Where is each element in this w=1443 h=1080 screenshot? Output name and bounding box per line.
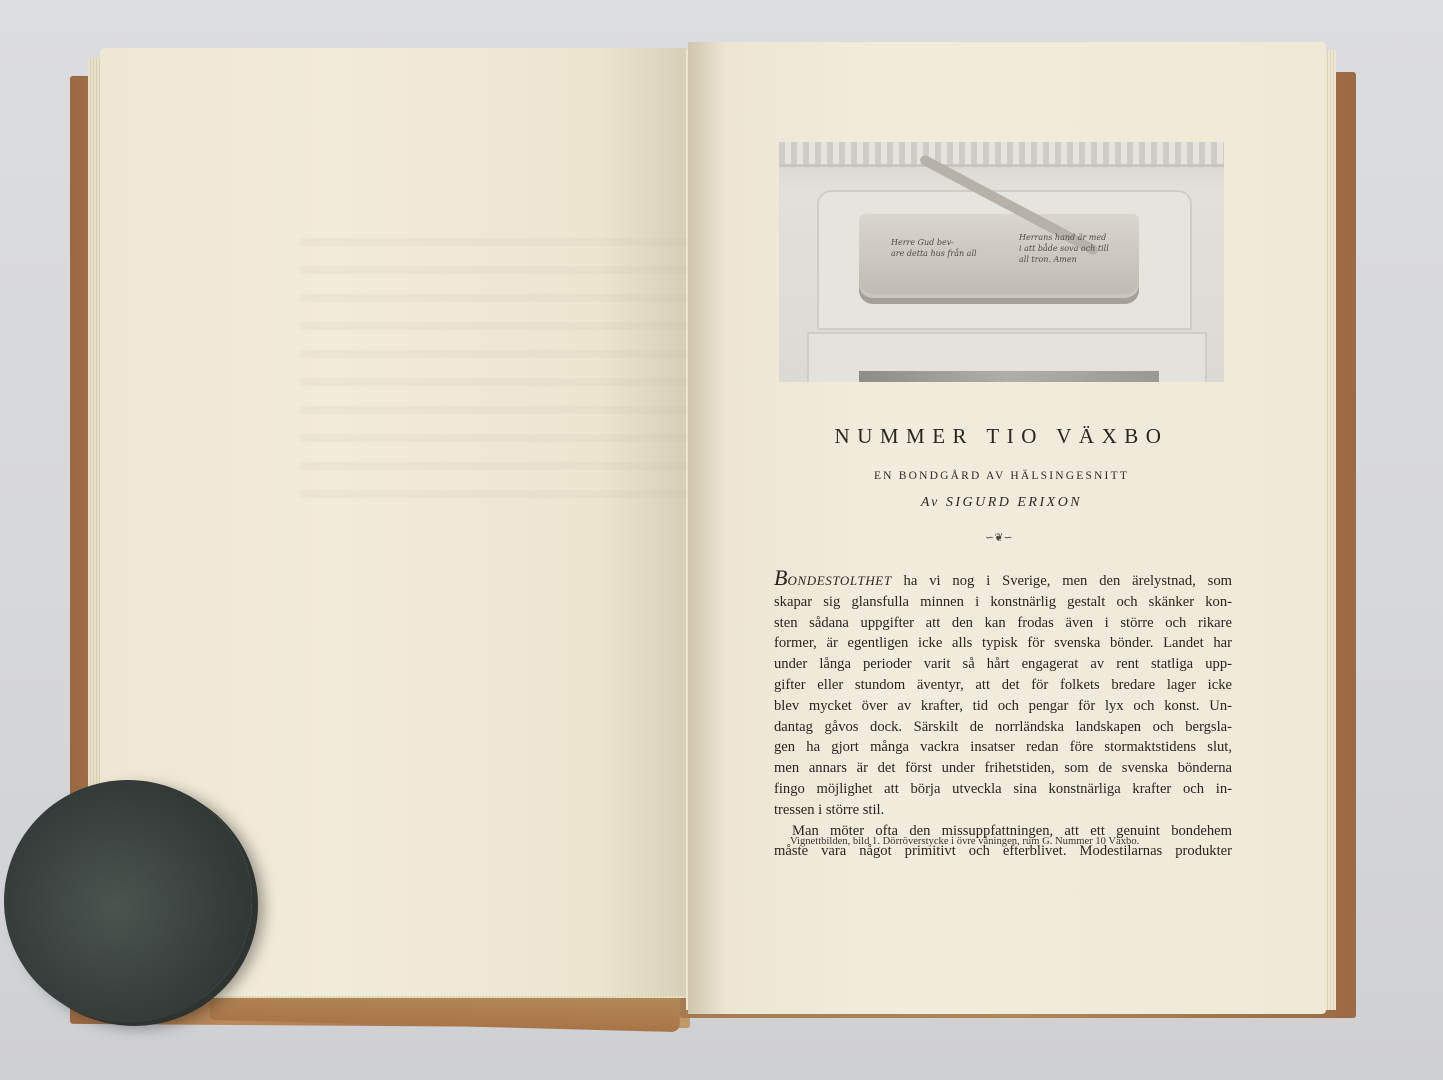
text-line: under långa perioder varit så hårt engag…	[774, 654, 1232, 675]
chapter-subtitle: EN BONDGÅRD AV HÄLSINGESNITT	[779, 470, 1224, 482]
text-line: BONDESTOLTHET ha vi nog i Sverige, men d…	[774, 568, 1232, 592]
molding-detail	[779, 142, 1224, 167]
lead-word: ONDESTOLTHET	[787, 573, 891, 588]
carving-script-right: Herrans hand är med i att både sova och …	[1019, 232, 1109, 265]
text-line: blev mycket över av krafter, tid och pen…	[774, 696, 1232, 717]
show-through-text	[300, 218, 700, 518]
door-glass	[859, 371, 1159, 382]
text-line: gen ha gjort många vackra insatser redan…	[774, 737, 1232, 758]
chapter-title: NUMMER TIO VÄXBO	[779, 424, 1224, 449]
book-weight-stone	[4, 780, 252, 1022]
text-line: former, är egentligen icke alls typisk f…	[774, 633, 1232, 654]
image-caption: Vignettbilden, bild 1. Dörröverstycke i …	[790, 836, 1230, 847]
text-line: skapar sig glansfulla minnen i konstnärl…	[774, 592, 1232, 613]
text-line: dantag gåvos dock. Särskilt de norrländs…	[774, 717, 1232, 738]
carving-script-left: Herre Gud bev- are detta hus från all	[891, 237, 977, 259]
text-line: tressen i större stil.	[774, 800, 1232, 821]
vignette-image: Herre Gud bev- are detta hus från all He…	[779, 142, 1224, 382]
text-line: sten sådana uppgifter att den kan frodas…	[774, 613, 1232, 634]
text-line: fingo möjlighet att börja utveckla sina …	[774, 779, 1232, 800]
body-text: BONDESTOLTHET ha vi nog i Sverige, men d…	[774, 568, 1232, 862]
text-line: men annars är det först under frihetstid…	[774, 758, 1232, 779]
chapter-author: Av SIGURD ERIXON	[779, 495, 1224, 511]
flourish-ornament-icon: ∽❦∽	[985, 531, 1013, 544]
text-line: gifter eller stundom äventyr, att det fö…	[774, 675, 1232, 696]
drop-cap: B	[774, 565, 787, 590]
open-book: Herre Gud bev- are detta hus från all He…	[0, 0, 1443, 1080]
